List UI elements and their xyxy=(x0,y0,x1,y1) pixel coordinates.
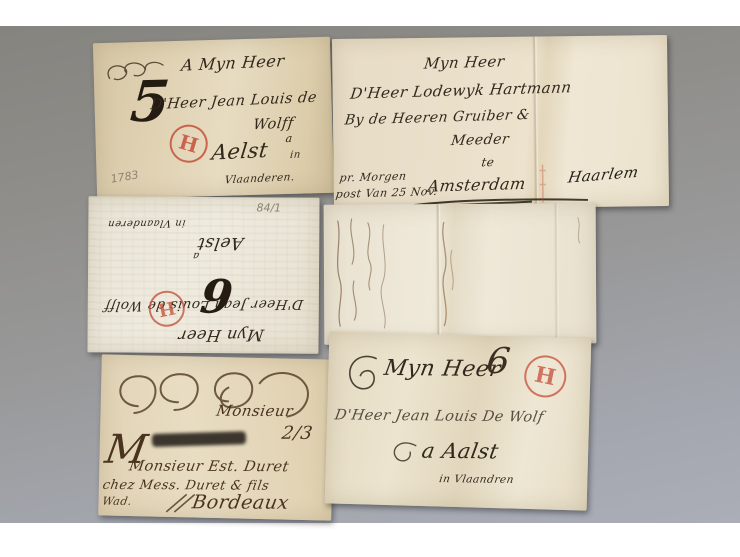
address-line: in xyxy=(289,149,301,161)
address-line: in Vlaandren xyxy=(438,473,515,486)
pencil-annotation: 1783 xyxy=(110,168,140,185)
circular-postmark-h-icon: H xyxy=(520,352,570,402)
address-line: Wad. xyxy=(101,495,133,508)
faint-red-mark xyxy=(539,164,547,204)
address-line: te xyxy=(481,155,496,169)
postmark-letter: H xyxy=(176,130,201,158)
rate-mark: 2/3 xyxy=(280,423,314,444)
address-line: a Aalst xyxy=(420,439,501,464)
circular-postmark-h-icon: H xyxy=(146,287,189,330)
letter-top-left: A Myn Heer 5 D'Heer Jean Louis de Wolff … xyxy=(93,37,334,200)
faint-docket-script xyxy=(330,214,401,334)
address-line: Myn Heer xyxy=(177,326,265,346)
letter-bottom-left: Monsieur 2/3 M Monsieur Est. Duret chez … xyxy=(98,354,335,520)
script-postmark-haarlem: Haarlem xyxy=(567,163,641,187)
ink-flourish xyxy=(388,437,423,466)
address-line: Aelst xyxy=(196,233,245,253)
inverted-address-block: Myn Heer D'Heer Jean Louis de Wolff 6 H … xyxy=(87,196,319,354)
photo-of-six-historic-letters: A Myn Heer 5 D'Heer Jean Louis de Wolff … xyxy=(0,0,740,557)
sender-note-line: pr. Morgen xyxy=(339,170,408,185)
address-line: Amsterdam xyxy=(426,174,527,196)
letter-top-right: Myn Heer D'Heer Lodewyk Hartmann By de H… xyxy=(332,35,669,210)
address-line: Myn Heer xyxy=(423,52,506,72)
address-line: D'Heer Jean Louis de xyxy=(149,90,317,114)
ink-flourish xyxy=(341,348,387,409)
postmark-letter: H xyxy=(156,297,177,321)
address-line: Vlaanderen. xyxy=(224,171,295,186)
address-line: Meeder xyxy=(450,131,510,149)
smudged-postmark xyxy=(152,431,246,447)
paper-crease xyxy=(554,203,560,343)
rate-mark: 6 xyxy=(199,276,235,313)
pencil-annotation: 84/1 xyxy=(256,201,281,214)
faint-docket-script xyxy=(432,220,459,330)
address-line: Aelst xyxy=(211,138,270,165)
address-line: Monsieur Est. Duret xyxy=(128,458,290,475)
address-line: A Myn Heer xyxy=(180,51,285,75)
address-line: By de Heeren Gruiber & xyxy=(344,107,531,129)
letter-middle-right xyxy=(324,203,597,344)
address-line: in Vlaanderen xyxy=(107,217,186,229)
circular-postmark-h-icon: H xyxy=(165,120,212,167)
faint-docket-script xyxy=(572,215,588,245)
postmark-letter: H xyxy=(532,362,558,392)
letter-middle-left: Myn Heer D'Heer Jean Louis de Wolff 6 H … xyxy=(87,196,319,354)
rate-mark: 6 xyxy=(485,348,512,377)
address-line: D'Heer Jean Louis De Wolf xyxy=(333,407,545,425)
address-line: Monsieur xyxy=(215,402,294,420)
address-line: Bordeaux xyxy=(191,491,291,513)
address-line: D'Heer Lodewyk Hartmann xyxy=(349,78,573,103)
address-line: Wolff xyxy=(252,115,294,133)
address-line: a xyxy=(285,132,294,145)
letter-bottom-right: Myn Heer 6 H D'Heer Jean Louis De Wolf a… xyxy=(325,331,592,510)
